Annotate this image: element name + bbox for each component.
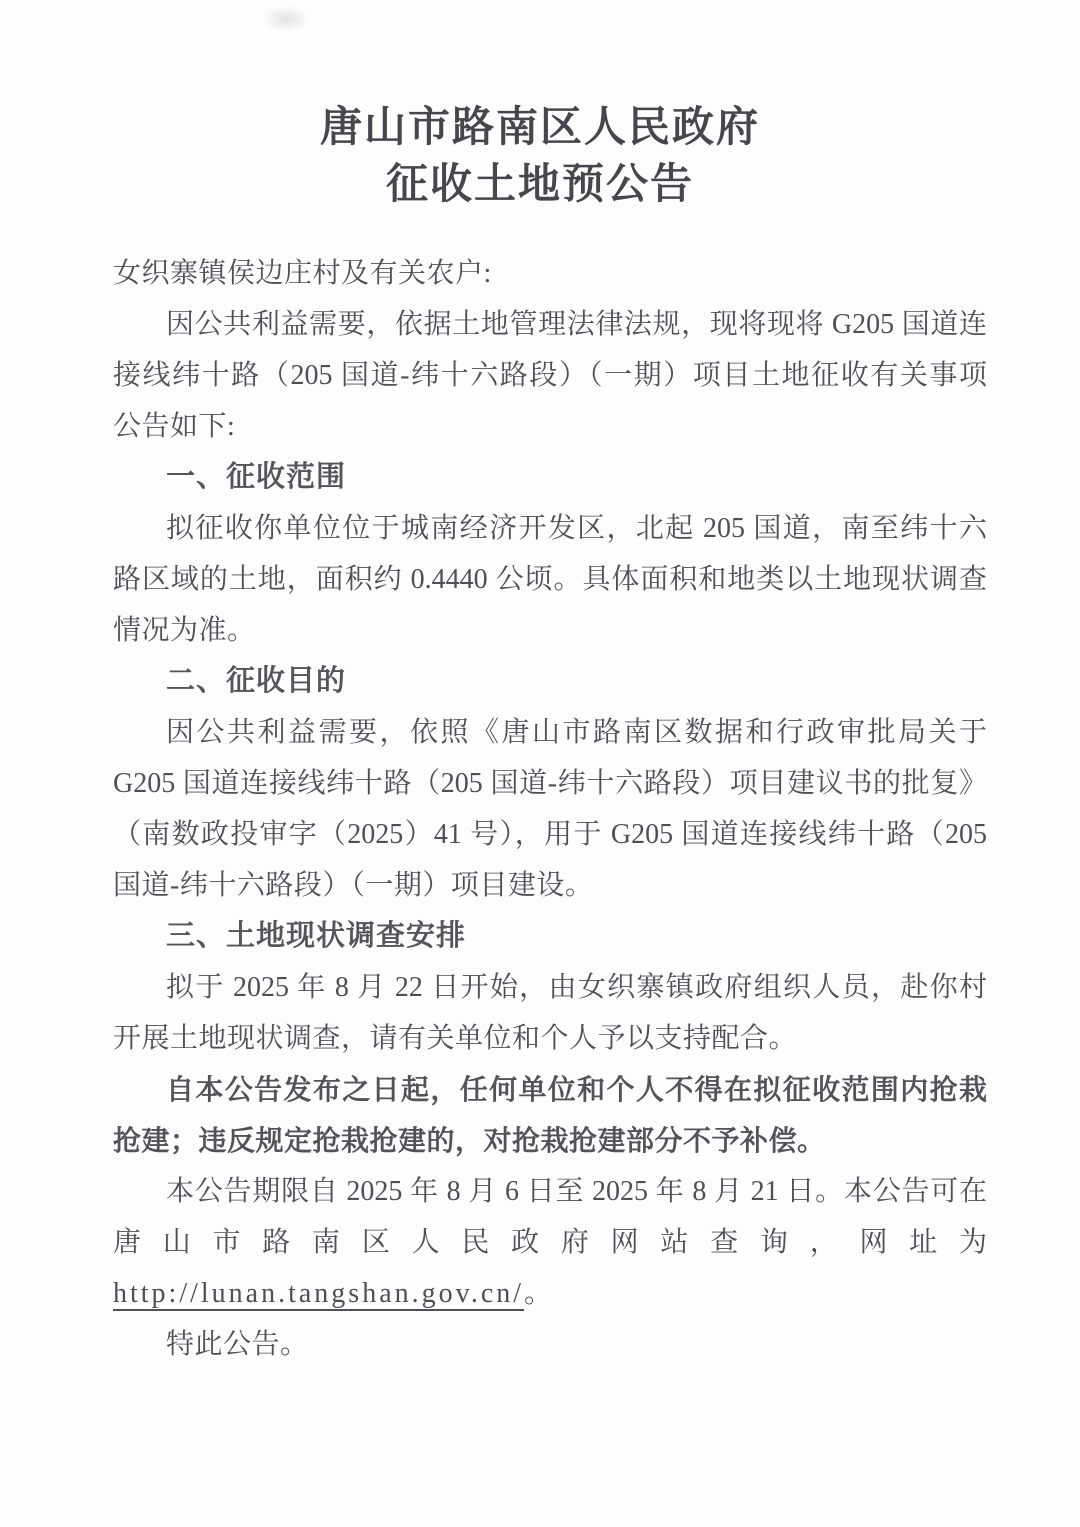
url-line: http://lunan.tangshan.gov.cn/。: [113, 1268, 987, 1319]
intro-line-1: 因公共利益需要，依据土地管理法律法规，现将现将 G205 国道连: [113, 299, 987, 350]
section-2-heading: 二、征收目的: [113, 656, 987, 707]
section-3-line-2: 开展土地现状调查，请有关单位和个人予以支持配合。: [113, 1013, 987, 1064]
section-1-line-2: 路区域的土地，面积约 0.4440 公顷。具体面积和地类以土地现状调查: [113, 554, 987, 605]
section-3-heading: 三、土地现状调查安排: [113, 911, 987, 962]
section-2-line-1: 因公共利益需要，依照《唐山市路南区数据和行政审批局关于: [113, 707, 987, 758]
warning-line-2: 抢建；违反规定抢栽抢建的，对抢栽抢建部分不予补偿。: [113, 1115, 987, 1166]
warning-paragraph: 自本公告发布之日起，任何单位和个人不得在拟征收范围内抢栽 抢建；违反规定抢栽抢建…: [113, 1064, 987, 1166]
announcement-url-link[interactable]: http://lunan.tangshan.gov.cn/: [113, 1278, 524, 1309]
intro-line-2: 接线纬十路（205 国道-纬十六路段）（一期）项目土地征收有关事项: [113, 350, 987, 401]
validity-line-1: 本公告期限自 2025 年 8 月 6 日至 2025 年 8 月 21 日。本…: [113, 1166, 987, 1217]
validity-line-2: 唐山市路南区人民政府网站查询，网址为: [113, 1217, 987, 1268]
warning-line-1: 自本公告发布之日起，任何单位和个人不得在拟征收范围内抢栽: [113, 1064, 987, 1115]
url-period: 。: [524, 1278, 553, 1309]
closing-statement: 特此公告。: [113, 1319, 987, 1370]
section-2: 二、征收目的 因公共利益需要，依照《唐山市路南区数据和行政审批局关于 G205 …: [113, 656, 987, 911]
section-2-line-4: 国道-纬十六路段）（一期）项目建设。: [113, 860, 987, 911]
section-1-line-1: 拟征收你单位位于城南经济开发区，北起 205 国道，南至纬十六: [113, 503, 987, 554]
title-line-1: 唐山市路南区人民政府: [0, 100, 1080, 157]
section-3-line-1: 拟于 2025 年 8 月 22 日开始，由女织寨镇政府组织人员，赴你村: [113, 962, 987, 1013]
section-3: 三、土地现状调查安排 拟于 2025 年 8 月 22 日开始，由女织寨镇政府组…: [113, 911, 987, 1064]
section-1-line-3: 情况为准。: [113, 605, 987, 656]
title-line-2: 征收土地预公告: [0, 157, 1080, 214]
intro-paragraph: 因公共利益需要，依据土地管理法律法规，现将现将 G205 国道连 接线纬十路（2…: [113, 299, 987, 452]
section-1: 一、征收范围 拟征收你单位位于城南经济开发区，北起 205 国道，南至纬十六 路…: [113, 452, 987, 656]
document-title: 唐山市路南区人民政府 征收土地预公告: [0, 0, 1080, 214]
validity-paragraph: 本公告期限自 2025 年 8 月 6 日至 2025 年 8 月 21 日。本…: [113, 1166, 987, 1319]
document-body: 女织寨镇侯边庄村及有关农户: 因公共利益需要，依据土地管理法律法规，现将现将 G…: [0, 248, 1080, 1370]
intro-line-3: 公告如下:: [113, 401, 987, 452]
section-1-heading: 一、征收范围: [113, 452, 987, 503]
section-2-line-2: G205 国道连接线纬十路（205 国道-纬十六路段）项目建议书的批复》: [113, 758, 987, 809]
document-page: 唐山市路南区人民政府 征收土地预公告 女织寨镇侯边庄村及有关农户: 因公共利益需…: [0, 0, 1080, 1527]
salutation: 女织寨镇侯边庄村及有关农户:: [113, 248, 987, 299]
section-2-line-3: （南数政投审字（2025）41 号），用于 G205 国道连接线纬十路（205: [113, 809, 987, 860]
